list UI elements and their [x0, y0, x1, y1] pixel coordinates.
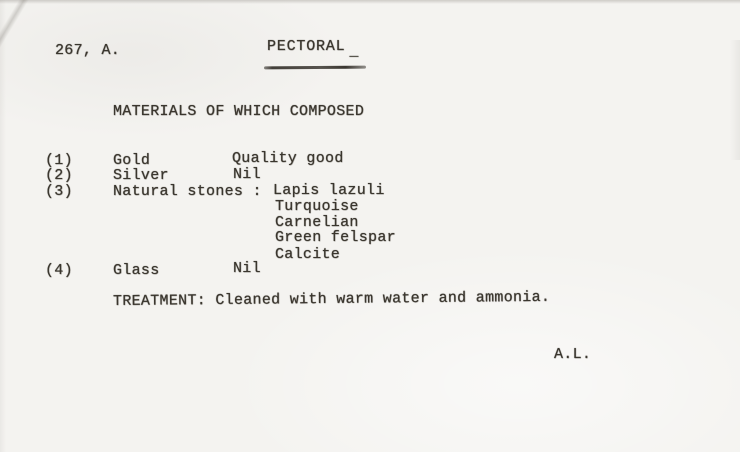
material-row-value: Quality good	[232, 151, 344, 166]
material-row-name: Silver	[113, 168, 169, 183]
treatment-text: Cleaned with warm water and ammonia.	[215, 289, 550, 309]
page-title-text: PECTORAL	[267, 38, 345, 55]
material-row-name: Glass	[113, 263, 160, 278]
page-title: PECTORAL_	[267, 39, 355, 54]
title-underline-rule	[264, 66, 366, 70]
stone-list-item: Green felspar	[275, 230, 396, 245]
paper-crease-mark	[0, 0, 29, 58]
paper-edge-smudge	[730, 40, 740, 160]
material-row-name: Natural stones :	[113, 184, 262, 199]
material-row-number: (2)	[45, 168, 73, 183]
title-stray-underscore: _	[349, 43, 359, 60]
record-card: 267, A. PECTORAL_ MATERIALS OF WHICH COM…	[0, 0, 740, 452]
material-row-number: (4)	[45, 263, 73, 278]
material-row-name: Gold	[113, 153, 150, 168]
section-heading: MATERIALS OF WHICH COMPOSED	[113, 104, 364, 119]
stone-list-item: Turquoise	[275, 199, 359, 214]
stone-list-item: Carnelian	[275, 215, 359, 230]
material-row-value: Nil	[233, 167, 261, 182]
material-row-value: Nil	[233, 261, 261, 276]
material-row-number: (3)	[45, 184, 73, 199]
recorder-initials: A.L.	[554, 347, 591, 362]
object-number: 267, A.	[55, 43, 120, 58]
treatment-line: TREATMENT: Cleaned with warm water and a…	[113, 290, 550, 309]
material-row-value: Lapis lazuli	[273, 183, 385, 198]
treatment-label: TREATMENT:	[113, 292, 206, 310]
stone-list-item: Calcite	[275, 247, 340, 262]
material-row-number: (1)	[45, 153, 73, 168]
